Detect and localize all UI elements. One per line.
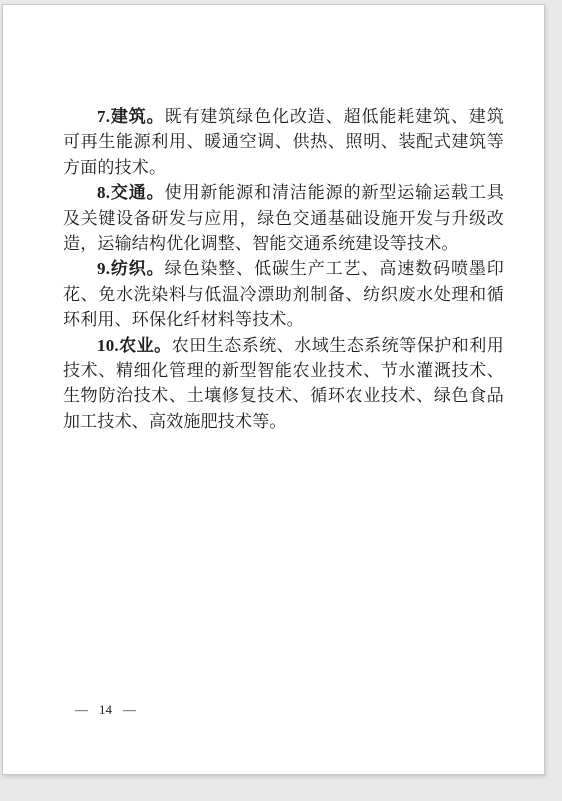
paragraph-8-heading: 8.交通。 xyxy=(97,183,165,202)
page-number: 14 xyxy=(99,702,112,718)
paragraph-8-transport: 8.交通。使用新能源和清洁能源的新型运输运载工具及关键设备研发与应用，绿色交通基… xyxy=(63,180,504,256)
page-footer: — 14 — xyxy=(75,702,136,718)
paragraph-7-construction: 7.建筑。既有建筑绿色化改造、超低能耗建筑、建筑可再生能源利用、暖通空调、供热、… xyxy=(63,104,504,180)
paragraph-7-heading: 7.建筑。 xyxy=(97,107,165,126)
paragraph-9-heading: 9.纺织。 xyxy=(97,259,165,278)
page-content: 7.建筑。既有建筑绿色化改造、超低能耗建筑、建筑可再生能源利用、暖通空调、供热、… xyxy=(63,104,504,434)
footer-dash-right: — xyxy=(123,702,136,718)
document-page: 7.建筑。既有建筑绿色化改造、超低能耗建筑、建筑可再生能源利用、暖通空调、供热、… xyxy=(2,4,545,775)
paragraph-10-heading: 10.农业。 xyxy=(97,336,172,355)
paragraph-9-textile: 9.纺织。绿色染整、低碳生产工艺、高速数码喷墨印花、免水洗染料与低温冷漂助剂制备… xyxy=(63,256,504,332)
paragraph-10-agriculture: 10.农业。农田生态系统、水域生态系统等保护和利用技术、精细化管理的新型智能农业… xyxy=(63,333,504,435)
footer-dash-left: — xyxy=(75,702,88,718)
